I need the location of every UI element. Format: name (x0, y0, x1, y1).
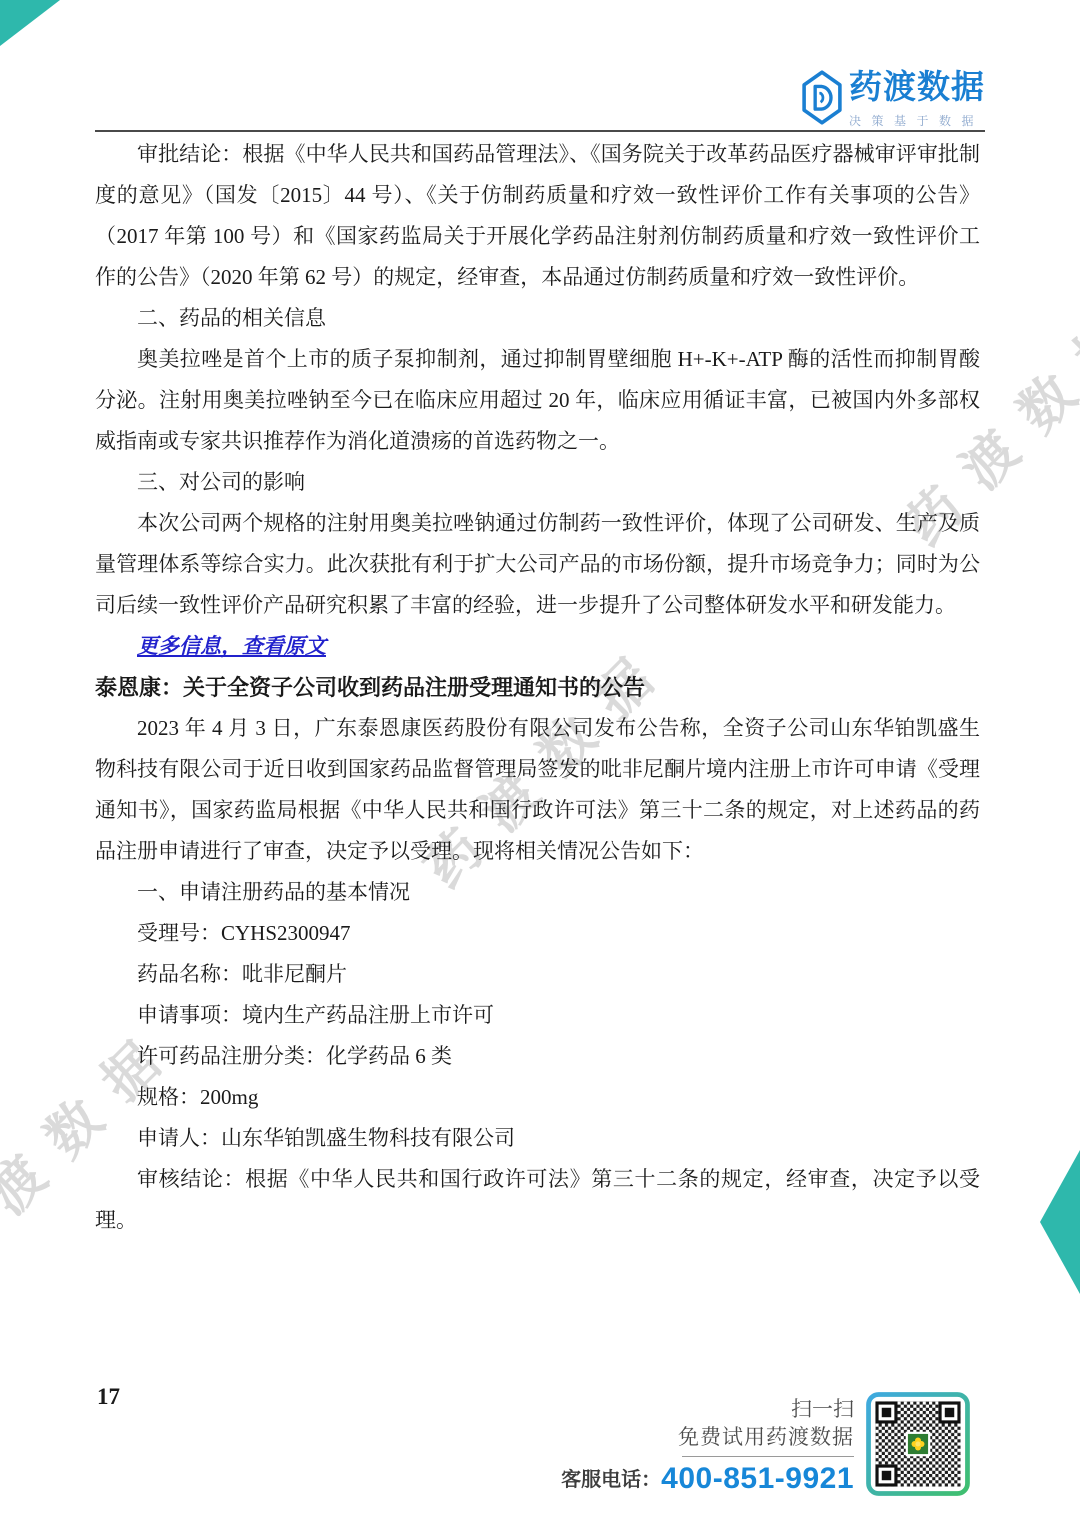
detail-line-application-item: 申请事项：境内生产药品注册上市许可 (95, 995, 980, 1036)
paragraph-approval-conclusion: 审批结论：根据《中华人民共和国药品管理法》、《国务院关于改革药品医疗器械审评审批… (95, 134, 980, 298)
pharmacodia-logo: 药渡数据 决策基于数据 (802, 70, 985, 130)
footer-contact-block: 扫一扫 免费试用药渡数据 客服电话：400-851-9921 (561, 1396, 854, 1496)
view-original-link[interactable]: 更多信息，查看原文 (137, 634, 326, 658)
detail-line-specification: 规格：200mg (95, 1077, 980, 1118)
qr-finder-top-right (938, 1401, 960, 1423)
more-info-line: 更多信息，查看原文 (95, 626, 980, 667)
page-number: 17 (97, 1384, 120, 1410)
detail-line-drug-name: 药品名称：吡非尼酮片 (95, 954, 980, 995)
header-rule (95, 130, 985, 132)
corner-triangle-right-edge (1040, 1150, 1080, 1294)
paragraph-company-impact: 本次公司两个规格的注射用奥美拉唑钠通过仿制药一致性评价，体现了公司研发、生产及质… (95, 503, 980, 626)
section-heading-drug-info: 二、药品的相关信息 (95, 298, 980, 339)
brand-tagline: 决策基于数据 (849, 112, 985, 129)
detail-line-registration-class: 许可药品注册分类：化学药品 6 类 (95, 1036, 980, 1077)
page: 药渡数据 药渡数据 药渡数据 药渡数据 决策基于数据 审批结论：根据《中华人民共… (0, 0, 1080, 1526)
section-heading-basic-info: 一、申请注册药品的基本情况 (95, 872, 980, 913)
phone-number: 400-851-9921 (661, 1462, 854, 1495)
article-body: 审批结论：根据《中华人民共和国药品管理法》、《国务院关于改革药品医疗器械审评审批… (95, 134, 980, 1241)
qr-finder-top-left (875, 1401, 897, 1423)
detail-line-applicant: 申请人：山东华铂凯盛生物科技有限公司 (95, 1118, 980, 1159)
paragraph-drug-info: 奥美拉唑是首个上市的质子泵抑制剂，通过抑制胃壁细胞 H+-K+-ATP 酶的活性… (95, 339, 980, 462)
hexagon-d-logo-icon (802, 70, 842, 130)
scan-hint-line1: 扫一扫 (561, 1396, 854, 1423)
qr-center-emblem (906, 1432, 931, 1457)
section-heading-company-impact: 三、对公司的影响 (95, 462, 980, 503)
brand-name: 药渡数据 (849, 70, 985, 105)
phone-label: 客服电话： (561, 1469, 661, 1491)
corner-triangle-top-left (0, 0, 60, 46)
detail-line-acceptance-number: 受理号：CYHS2300947 (95, 913, 980, 954)
footer-divider (682, 1456, 854, 1457)
qr-finder-bottom-left (875, 1464, 897, 1486)
announcement-heading: 泰恩康：关于全资子公司收到药品注册受理通知书的公告 (95, 667, 980, 708)
scan-hint-line2: 免费试用药渡数据 (561, 1423, 854, 1452)
qr-code (866, 1392, 970, 1496)
service-phone-line: 客服电话：400-851-9921 (561, 1463, 854, 1496)
paragraph-announcement: 2023 年 4 月 3 日，广东泰恩康医药股份有限公司发布公告称，全资子公司山… (95, 708, 980, 872)
paragraph-review-conclusion: 审核结论：根据《中华人民共和国行政许可法》第三十二条的规定，经审查，决定予以受理… (95, 1159, 980, 1241)
